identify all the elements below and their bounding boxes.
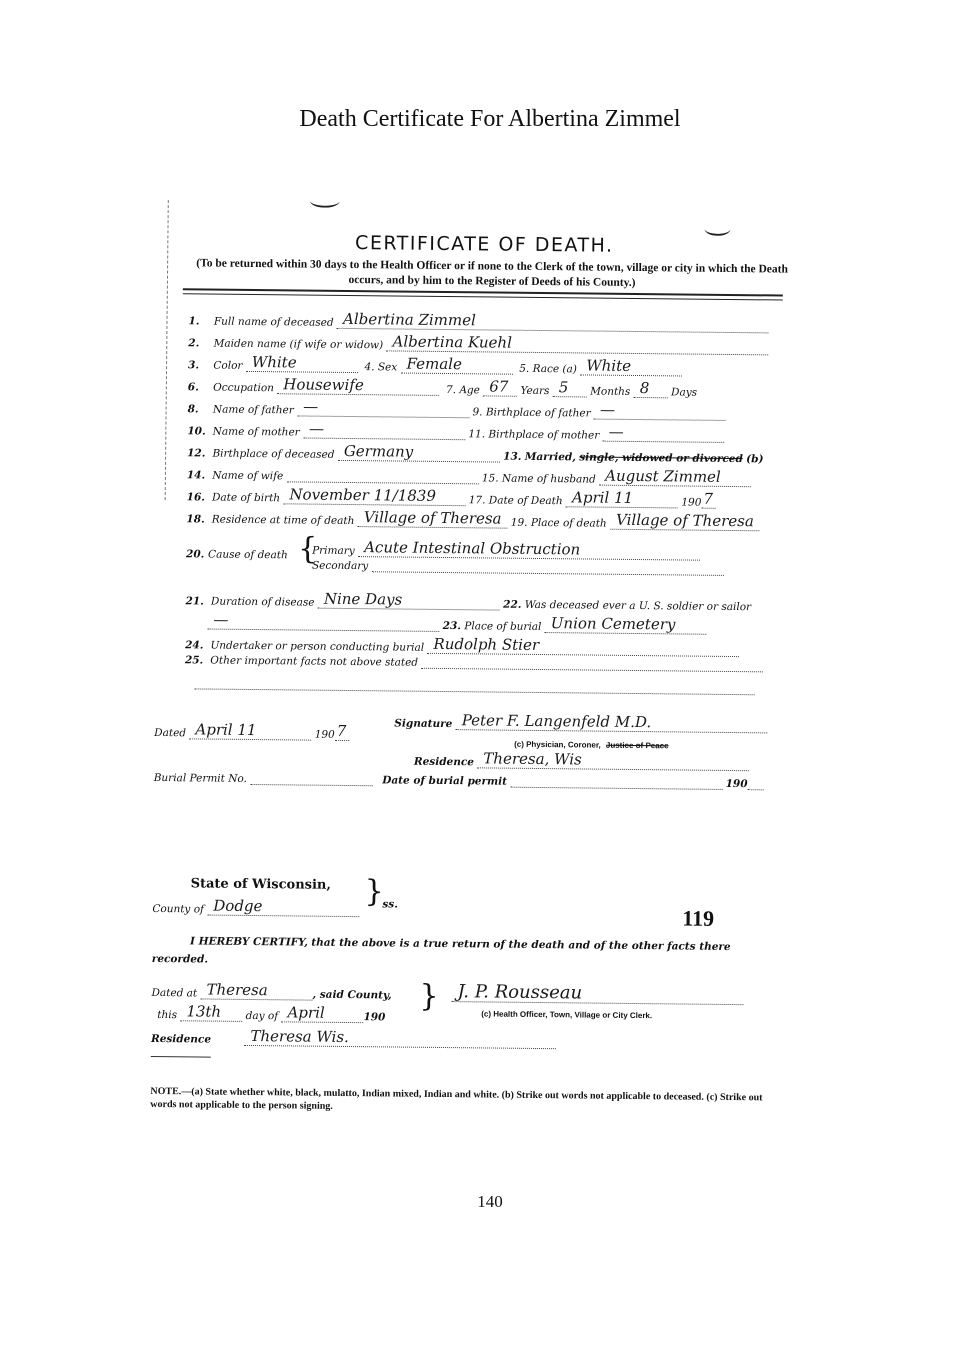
field-label: Date of Death	[489, 494, 563, 507]
place-of-death-value: Village of Theresa	[610, 511, 760, 532]
county-value: Dodge	[207, 897, 359, 918]
days-label: Days	[671, 386, 697, 398]
field-number: 19.	[511, 517, 528, 529]
field-number: 20.	[186, 548, 208, 560]
dated-label: Dated	[154, 727, 186, 739]
page-title: Death Certificate For Albertina Zimmel	[0, 106, 980, 133]
burial-date-label: Date of burial permit	[382, 774, 507, 787]
field-number: 18.	[186, 513, 208, 525]
physician-dated-row: Dated April 11 1907	[154, 720, 394, 745]
physician-dated-value: April 11	[189, 720, 311, 740]
field-label: Full name of deceased	[214, 316, 334, 329]
field-number: 16.	[187, 491, 209, 503]
years-label: Years	[520, 385, 549, 397]
mother-birthplace-value: —	[603, 423, 725, 443]
field-label: Place of burial	[464, 620, 541, 633]
dated-at-row: Dated at Theresa, said County,	[151, 980, 451, 1005]
certificate-instructions: (To be returned within 30 days to the He…	[187, 256, 797, 292]
field-label: Color	[213, 360, 242, 372]
field-number: 2.	[188, 337, 210, 349]
certification-statement: I HEREBY CERTIFY, that the above is a tr…	[152, 932, 772, 974]
burial-permit-label: Burial Permit No.	[154, 772, 247, 785]
field-label: Name of mother	[213, 426, 300, 439]
race-value: White	[580, 356, 682, 376]
death-year-suffix: 7	[701, 490, 715, 509]
dated-year-suffix: 7	[335, 722, 349, 741]
field-label: Place of death	[531, 517, 607, 530]
role-caption-struck: Justice of Peace	[606, 741, 669, 751]
residence-label: Residence	[414, 756, 474, 769]
field-number: 23.	[443, 620, 461, 632]
full-name-value: Albertina Zimmel	[337, 310, 769, 334]
punch-hole-mark	[310, 194, 340, 208]
certify-heading: I HEREBY CERTIFY,	[190, 935, 308, 948]
residence-value: Village of Theresa	[358, 508, 508, 529]
field-label: Age	[459, 384, 480, 396]
field-label: Birthplace of deceased	[212, 448, 334, 461]
registrar-residence-row: Residence Theresa Wis.	[151, 1026, 771, 1054]
age-days-value: 8	[634, 379, 668, 398]
dated-at-label: Dated at	[151, 987, 197, 999]
other-facts-value	[421, 668, 763, 673]
punch-hole-mark	[704, 222, 730, 236]
field-label: Sex	[378, 361, 397, 373]
physician-signature-value: Peter F. Langenfeld M.D.	[456, 711, 768, 733]
soldier-value: —	[207, 611, 439, 632]
field-label: Date of birth	[212, 492, 280, 505]
field-number: 22.	[503, 599, 521, 611]
field-number: 6.	[188, 381, 210, 393]
age-months-value: 5	[553, 378, 587, 397]
year-prefix: 190	[315, 729, 335, 741]
dated-at-value: Theresa	[200, 980, 312, 1000]
burial-permit-row: Burial Permit No. Date of burial permit …	[154, 772, 794, 801]
secondary-label: Secondary	[312, 560, 368, 573]
father-name-value: —	[297, 397, 469, 418]
physician-residence-row: Residence Theresa, Wis	[414, 749, 794, 775]
said-county-label: , said County,	[312, 989, 391, 1002]
field-label: Was deceased ever a U. S. soldier or sai…	[525, 599, 751, 613]
secondary-cause-value	[372, 571, 724, 576]
field-number: 4.	[364, 361, 374, 373]
maiden-name-value: Albertina Kuehl	[386, 332, 768, 355]
date-of-birth-value: November 11/1839	[283, 485, 465, 506]
field-label: Name of wife	[212, 470, 283, 483]
registrar-signature-row: J. P. Rousseau	[451, 983, 751, 1008]
field-number: 24.	[185, 639, 207, 651]
field-label: Birthplace of father	[486, 406, 591, 419]
field-label: Residence at time of death	[212, 514, 355, 527]
field-label: Birthplace of mother	[488, 428, 599, 441]
age-years-value: 67	[483, 377, 517, 396]
state-label: State of Wisconsin,	[191, 876, 331, 892]
footnote-marker: (b)	[746, 453, 763, 465]
this-label: this	[157, 1009, 177, 1021]
ss-text: ss.	[382, 898, 398, 910]
field-number: 21.	[186, 595, 208, 607]
field-number: 9.	[472, 406, 482, 418]
death-certificate: CERTIFICATE OF DEATH. (To be returned wi…	[150, 180, 810, 1127]
month-value: April	[281, 1003, 363, 1023]
place-of-burial-value: Union Cemetery	[545, 614, 707, 635]
field-number: 15.	[482, 472, 499, 484]
residence-label: Residence	[151, 1033, 211, 1046]
field-number: 7.	[446, 384, 456, 396]
county-label: County of	[152, 903, 204, 916]
day-value: 13th	[180, 1002, 242, 1022]
field-label: Duration of disease	[211, 596, 315, 609]
field-number: 10.	[187, 425, 209, 437]
file-number: 119	[682, 906, 714, 932]
sex-value: Female	[400, 355, 512, 375]
burial-permit-value	[250, 784, 372, 786]
struck-marital-options: single, widowed or divorced	[579, 451, 743, 465]
year-prefix: 190	[726, 778, 748, 790]
field-label: Other important facts not above stated	[210, 655, 418, 669]
field-number: 1.	[188, 315, 210, 327]
field-label: Name of father	[213, 404, 294, 417]
field-label: Maiden name (if wife or widow)	[214, 338, 384, 352]
field-number: 3.	[188, 359, 210, 371]
father-birthplace-value: —	[594, 401, 726, 421]
ss-label: ss.	[382, 898, 422, 920]
year-prefix: 190	[363, 1011, 385, 1023]
field-number: 12.	[187, 447, 209, 459]
primary-label: Primary	[312, 545, 355, 557]
registrar-residence-value: Theresa Wis.	[244, 1027, 556, 1049]
registrar-signature-caption: (c) Health Officer, Town, Village or Cit…	[481, 1009, 652, 1020]
footnote: NOTE.—(a) State whether white, black, mu…	[150, 1085, 770, 1117]
page-number: 140	[0, 1192, 980, 1212]
role-caption: (c) Physician, Coroner,	[514, 740, 601, 750]
day-of-label: day of	[246, 1010, 279, 1022]
brace: }	[364, 874, 383, 909]
date-of-death-value: April 11	[566, 488, 678, 508]
field-label: Undertaker or person conducting burial	[210, 640, 424, 654]
blank-line	[195, 688, 755, 695]
year-prefix: 190	[681, 496, 701, 508]
registrar-signature-value: J. P. Rousseau	[451, 983, 743, 1005]
husband-name-value: August Zimmel	[599, 467, 751, 488]
undertaker-value: Rudolph Stier	[427, 635, 739, 657]
field-cause-of-death: 20. Cause of death { Primary Acute Intes…	[186, 536, 786, 586]
occupation-value: Housewife	[277, 375, 439, 396]
signature-label: Signature	[394, 717, 452, 730]
burial-date-value	[510, 787, 722, 790]
birthplace-value: Germany	[338, 442, 500, 463]
color-value: White	[246, 353, 358, 373]
primary-cause-value: Acute Intestinal Obstruction	[358, 538, 700, 561]
field-number: 14.	[187, 469, 209, 481]
mother-name-value: —	[303, 420, 465, 441]
short-rule	[151, 1056, 211, 1058]
field-number: 5.	[519, 363, 529, 375]
married-label: Married,	[525, 451, 576, 464]
field-label: Name of husband	[502, 473, 596, 486]
field-number: 8.	[188, 403, 210, 415]
field-number: 17.	[469, 494, 486, 506]
duration-value: Nine Days	[318, 590, 500, 611]
field-number: 13.	[503, 451, 521, 463]
field-number: 11.	[468, 428, 485, 440]
field-label: Occupation	[213, 382, 274, 395]
field-label: Race (a)	[533, 363, 577, 375]
field-number: 25.	[185, 654, 207, 666]
physician-residence-value: Theresa, Wis	[477, 749, 749, 771]
months-label: Months	[590, 386, 630, 398]
day-row: this 13th day of April190	[157, 1002, 457, 1027]
wife-name-value	[286, 481, 478, 484]
brace: }	[419, 979, 438, 1014]
field-label: Cause of death	[208, 549, 288, 562]
